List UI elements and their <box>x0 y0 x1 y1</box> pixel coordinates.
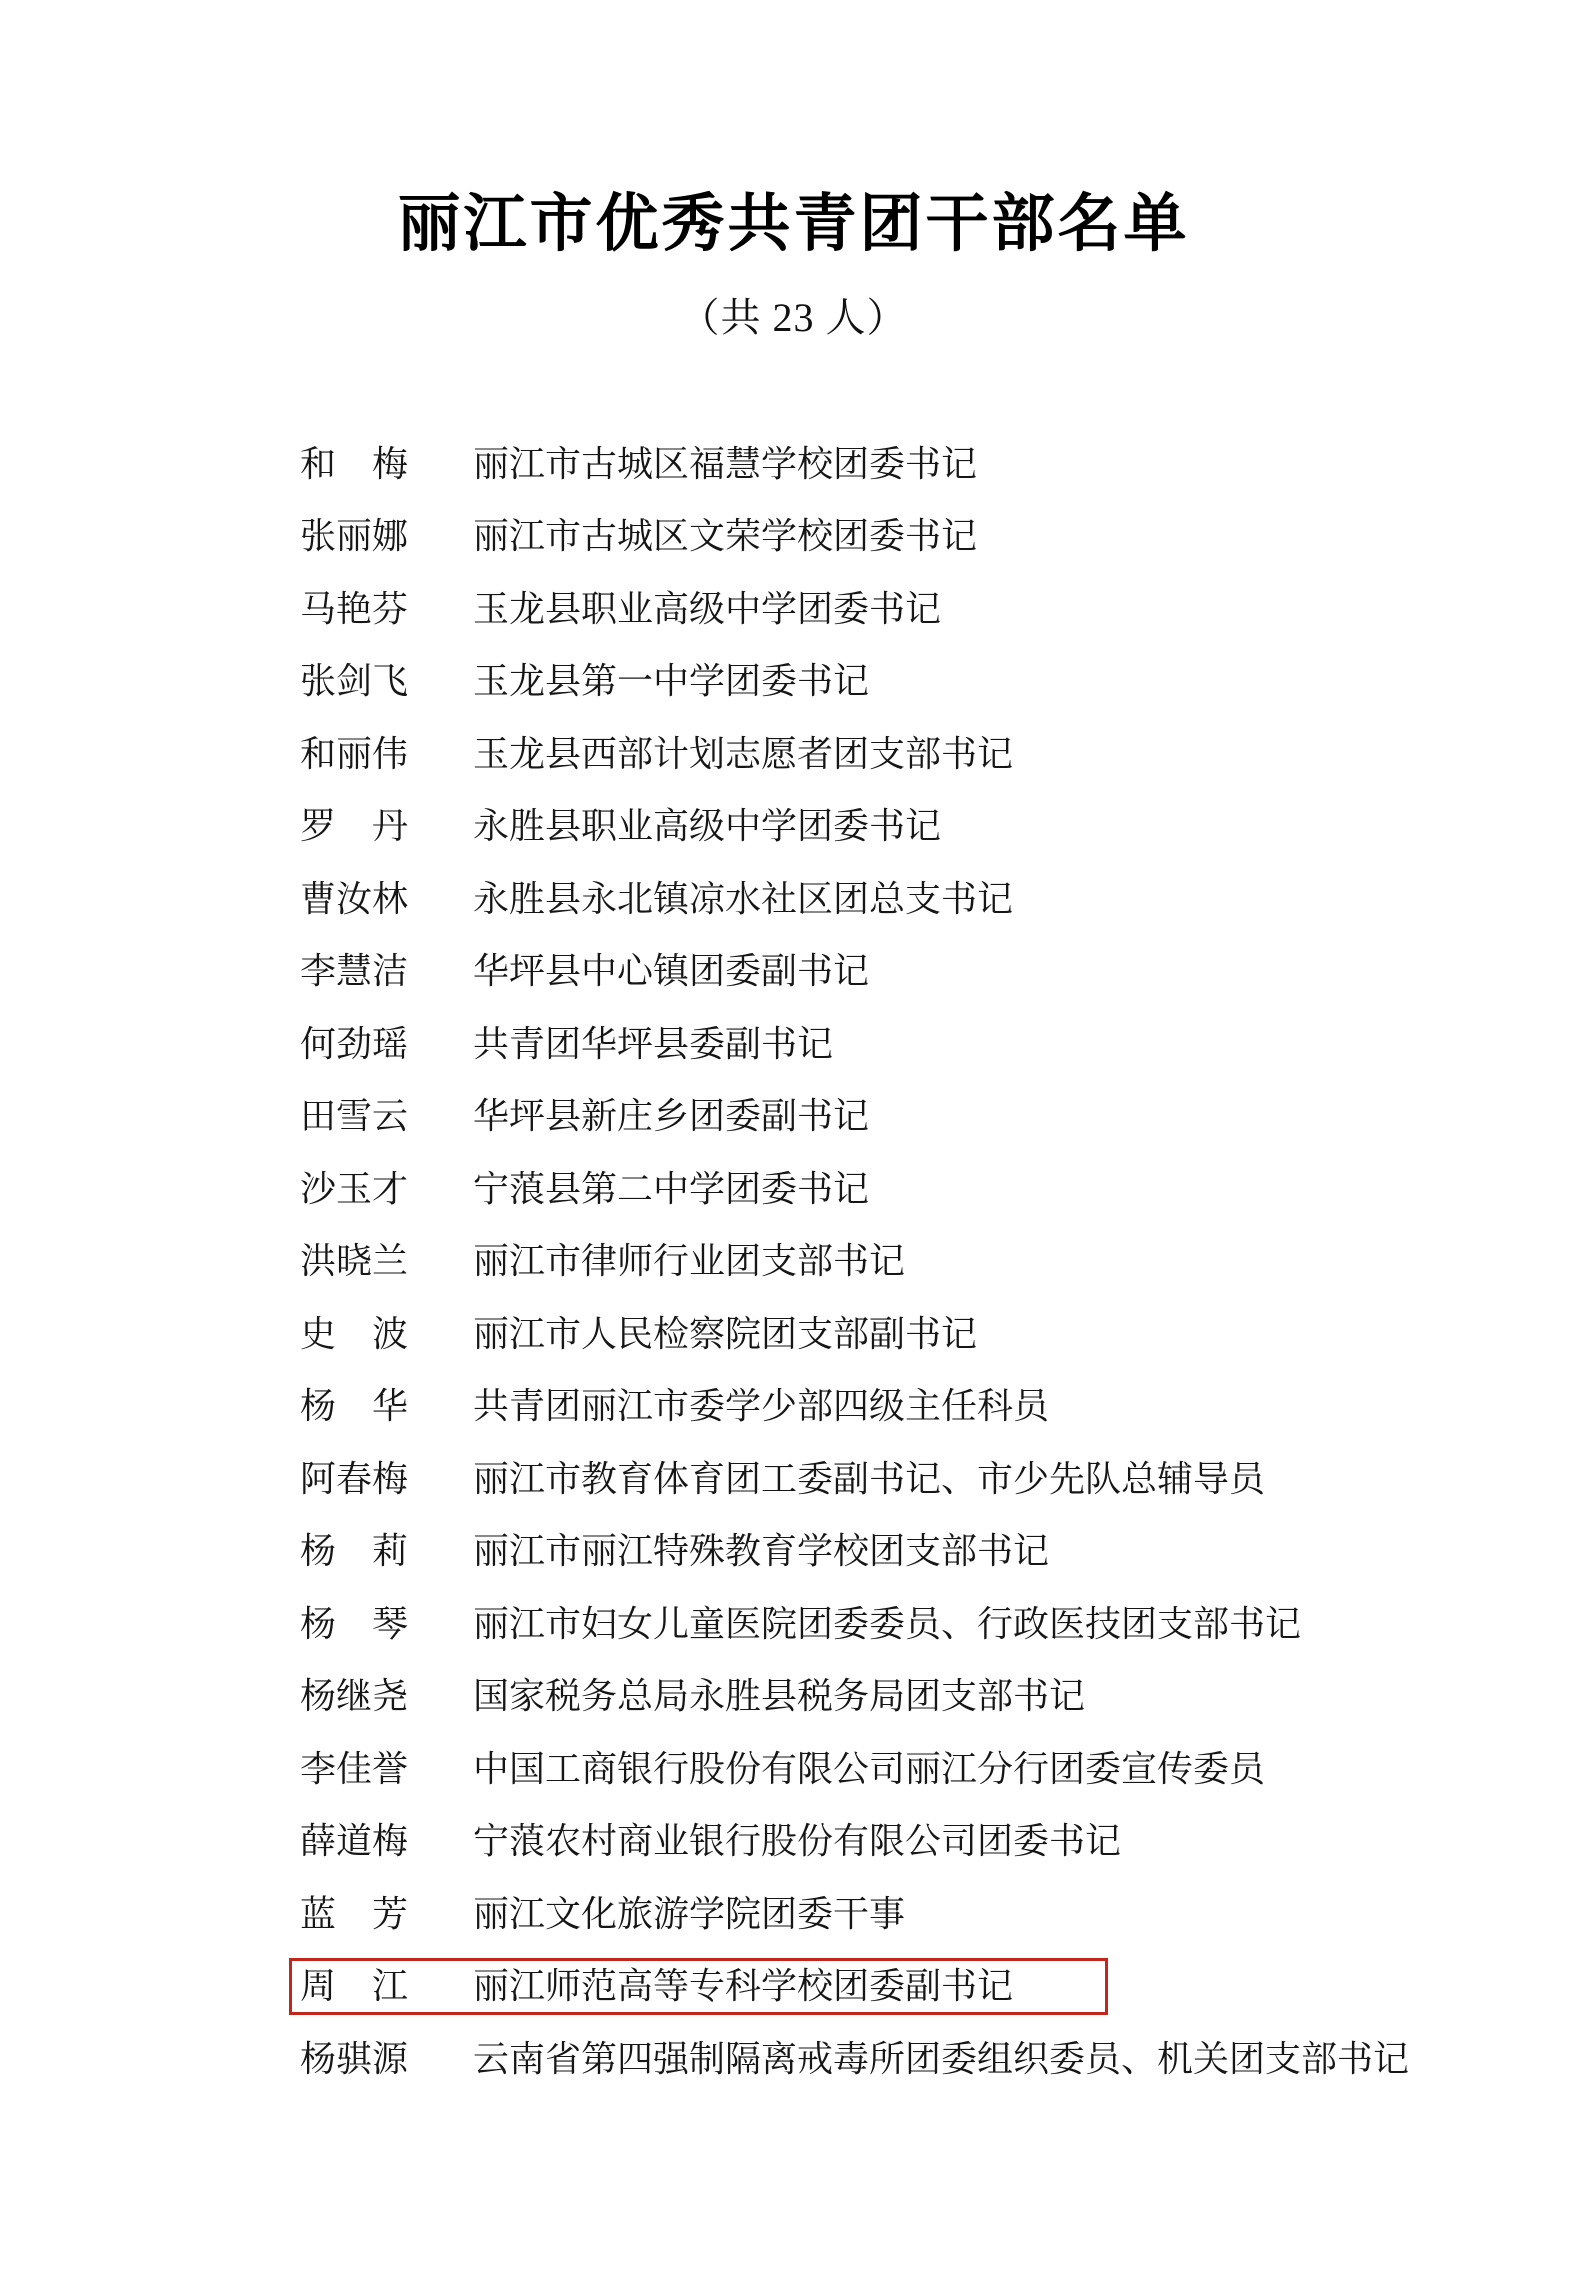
cadre-name: 杨继尧 <box>300 1674 408 1719</box>
cadre-position: 宁蒗县第二中学团委书记 <box>473 1167 869 1212</box>
list-item-content: 杨 莉 丽江市丽江特殊教育学校团支部书记 <box>289 1523 1060 1580</box>
cadre-position: 丽江市古城区福慧学校团委书记 <box>473 442 977 487</box>
list-item: 沙玉才 宁蒗县第二中学团委书记 <box>300 1153 1547 1226</box>
cadre-name: 李慧洁 <box>300 949 408 994</box>
cadre-name: 田雪云 <box>300 1094 408 1139</box>
cadre-name: 史 波 <box>300 1312 408 1357</box>
cadre-position: 丽江市古城区文荣学校团委书记 <box>473 514 977 559</box>
cadre-position: 玉龙县西部计划志愿者团支部书记 <box>473 732 1013 777</box>
list-item: 张丽娜 丽江市古城区文荣学校团委书记 <box>300 501 1547 574</box>
list-item: 李佳誉 中国工商银行股份有限公司丽江分行团委宣传委员 <box>300 1733 1547 1806</box>
cadre-name: 李佳誉 <box>300 1747 408 1792</box>
list-item-content: 和 梅 丽江市古城区福慧学校团委书记 <box>289 436 988 493</box>
list-item-content: 张剑飞 玉龙县第一中学团委书记 <box>289 653 880 710</box>
cadre-position: 丽江市丽江特殊教育学校团支部书记 <box>473 1529 1049 1574</box>
cadre-name: 杨 琴 <box>300 1602 408 1647</box>
document-page: 丽江市优秀共青团干部名单 （共 23 人） 和 梅 丽江市古城区福慧学校团委书记… <box>0 0 1587 2289</box>
page-title: 丽江市优秀共青团干部名单 <box>0 190 1587 259</box>
cadre-position: 丽江文化旅游学院团委干事 <box>473 1892 905 1937</box>
cadre-position: 丽江市律师行业团支部书记 <box>473 1239 905 1284</box>
cadre-list: 和 梅 丽江市古城区福慧学校团委书记 张丽娜 丽江市古城区文荣学校团委书记 马艳… <box>300 428 1547 2096</box>
cadre-position: 中国工商银行股份有限公司丽江分行团委宣传委员 <box>473 1747 1265 1792</box>
list-item-content: 杨 华 共青团丽江市委学少部四级主任科员 <box>289 1378 1060 1435</box>
cadre-name: 张丽娜 <box>300 514 408 559</box>
cadre-name: 曹汝林 <box>300 877 408 922</box>
list-item: 杨继尧 国家税务总局永胜县税务局团支部书记 <box>300 1661 1547 1734</box>
cadre-position: 玉龙县职业高级中学团委书记 <box>473 587 941 632</box>
list-item: 史 波 丽江市人民检察院团支部副书记 <box>300 1298 1547 1371</box>
cadre-name: 杨骐源 <box>300 2037 408 2082</box>
list-item-content: 洪晓兰 丽江市律师行业团支部书记 <box>289 1233 916 1290</box>
list-item-content: 杨骐源 云南省第四强制隔离戒毒所团委组织委员、机关团支部书记 <box>289 2031 1420 2088</box>
list-item-highlighted: 周 江 丽江师范高等专科学校团委副书记 <box>300 1951 1547 2024</box>
list-item: 杨 莉 丽江市丽江特殊教育学校团支部书记 <box>300 1516 1547 1589</box>
list-item: 曹汝林 永胜县永北镇凉水社区团总支书记 <box>300 863 1547 936</box>
list-item-content: 马艳芬 玉龙县职业高级中学团委书记 <box>289 581 952 638</box>
cadre-position: 国家税务总局永胜县税务局团支部书记 <box>473 1674 1085 1719</box>
list-item: 何劲瑶 共青团华坪县委副书记 <box>300 1008 1547 1081</box>
cadre-position: 永胜县永北镇凉水社区团总支书记 <box>473 877 1013 922</box>
cadre-name: 杨 莉 <box>300 1529 408 1574</box>
list-item: 杨 华 共青团丽江市委学少部四级主任科员 <box>300 1371 1547 1444</box>
cadre-position: 丽江市教育体育团工委副书记、市少先队总辅导员 <box>473 1457 1265 1502</box>
list-item-content: 杨 琴 丽江市妇女儿童医院团委委员、行政医技团支部书记 <box>289 1596 1312 1653</box>
list-item-content: 和丽伟 玉龙县西部计划志愿者团支部书记 <box>289 726 1024 783</box>
cadre-name: 何劲瑶 <box>300 1022 408 1067</box>
cadre-name: 薛道梅 <box>300 1819 408 1864</box>
cadre-name: 蓝 芳 <box>300 1892 408 1937</box>
cadre-name: 杨 华 <box>300 1384 408 1429</box>
list-item: 杨骐源 云南省第四强制隔离戒毒所团委组织委员、机关团支部书记 <box>300 2023 1547 2096</box>
list-item-content: 田雪云 华坪县新庄乡团委副书记 <box>289 1088 880 1145</box>
list-item-content: 曹汝林 永胜县永北镇凉水社区团总支书记 <box>289 871 1024 928</box>
list-item: 李慧洁 华坪县中心镇团委副书记 <box>300 936 1547 1009</box>
list-item: 和 梅 丽江市古城区福慧学校团委书记 <box>300 428 1547 501</box>
cadre-name: 沙玉才 <box>300 1167 408 1212</box>
list-item-content: 蓝 芳 丽江文化旅游学院团委干事 <box>289 1886 916 1943</box>
cadre-name: 周 江 <box>300 1964 408 2009</box>
cadre-position: 共青团华坪县委副书记 <box>473 1022 833 1067</box>
list-item: 蓝 芳 丽江文化旅游学院团委干事 <box>300 1878 1547 1951</box>
list-item: 阿春梅 丽江市教育体育团工委副书记、市少先队总辅导员 <box>300 1443 1547 1516</box>
list-item-content: 张丽娜 丽江市古城区文荣学校团委书记 <box>289 508 988 565</box>
cadre-name: 洪晓兰 <box>300 1239 408 1284</box>
cadre-position: 丽江市人民检察院团支部副书记 <box>473 1312 977 1357</box>
cadre-position: 云南省第四强制隔离戒毒所团委组织委员、机关团支部书记 <box>473 2037 1409 2082</box>
cadre-name: 张剑飞 <box>300 659 408 704</box>
list-item: 薛道梅 宁蒗农村商业银行股份有限公司团委书记 <box>300 1806 1547 1879</box>
cadre-position: 华坪县中心镇团委副书记 <box>473 949 869 994</box>
cadre-name: 和丽伟 <box>300 732 408 777</box>
list-item-content: 周 江 丽江师范高等专科学校团委副书记 <box>289 1958 1108 2015</box>
list-item: 和丽伟 玉龙县西部计划志愿者团支部书记 <box>300 718 1547 791</box>
cadre-name: 阿春梅 <box>300 1457 408 1502</box>
cadre-position: 永胜县职业高级中学团委书记 <box>473 804 941 849</box>
cadre-position: 丽江市妇女儿童医院团委委员、行政医技团支部书记 <box>473 1602 1301 1647</box>
list-item: 张剑飞 玉龙县第一中学团委书记 <box>300 646 1547 719</box>
list-item-content: 阿春梅 丽江市教育体育团工委副书记、市少先队总辅导员 <box>289 1451 1276 1508</box>
list-item: 杨 琴 丽江市妇女儿童医院团委委员、行政医技团支部书记 <box>300 1588 1547 1661</box>
page-subtitle: （共 23 人） <box>0 286 1587 343</box>
cadre-position: 宁蒗农村商业银行股份有限公司团委书记 <box>473 1819 1121 1864</box>
list-item: 罗 丹 永胜县职业高级中学团委书记 <box>300 791 1547 864</box>
cadre-position: 共青团丽江市委学少部四级主任科员 <box>473 1384 1049 1429</box>
list-item-content: 史 波 丽江市人民检察院团支部副书记 <box>289 1306 988 1363</box>
list-item-content: 杨继尧 国家税务总局永胜县税务局团支部书记 <box>289 1668 1096 1725</box>
list-item: 田雪云 华坪县新庄乡团委副书记 <box>300 1081 1547 1154</box>
cadre-position: 玉龙县第一中学团委书记 <box>473 659 869 704</box>
list-item: 马艳芬 玉龙县职业高级中学团委书记 <box>300 573 1547 646</box>
list-item-content: 何劲瑶 共青团华坪县委副书记 <box>289 1016 844 1073</box>
list-item-content: 薛道梅 宁蒗农村商业银行股份有限公司团委书记 <box>289 1813 1132 1870</box>
cadre-name: 马艳芬 <box>300 587 408 632</box>
list-item-content: 李慧洁 华坪县中心镇团委副书记 <box>289 943 880 1000</box>
cadre-position: 丽江师范高等专科学校团委副书记 <box>473 1964 1013 2009</box>
cadre-name: 罗 丹 <box>300 804 408 849</box>
list-item-content: 沙玉才 宁蒗县第二中学团委书记 <box>289 1161 880 1218</box>
cadre-position: 华坪县新庄乡团委副书记 <box>473 1094 869 1139</box>
list-item: 洪晓兰 丽江市律师行业团支部书记 <box>300 1226 1547 1299</box>
cadre-name: 和 梅 <box>300 442 408 487</box>
list-item-content: 罗 丹 永胜县职业高级中学团委书记 <box>289 798 952 855</box>
list-item-content: 李佳誉 中国工商银行股份有限公司丽江分行团委宣传委员 <box>289 1741 1276 1798</box>
